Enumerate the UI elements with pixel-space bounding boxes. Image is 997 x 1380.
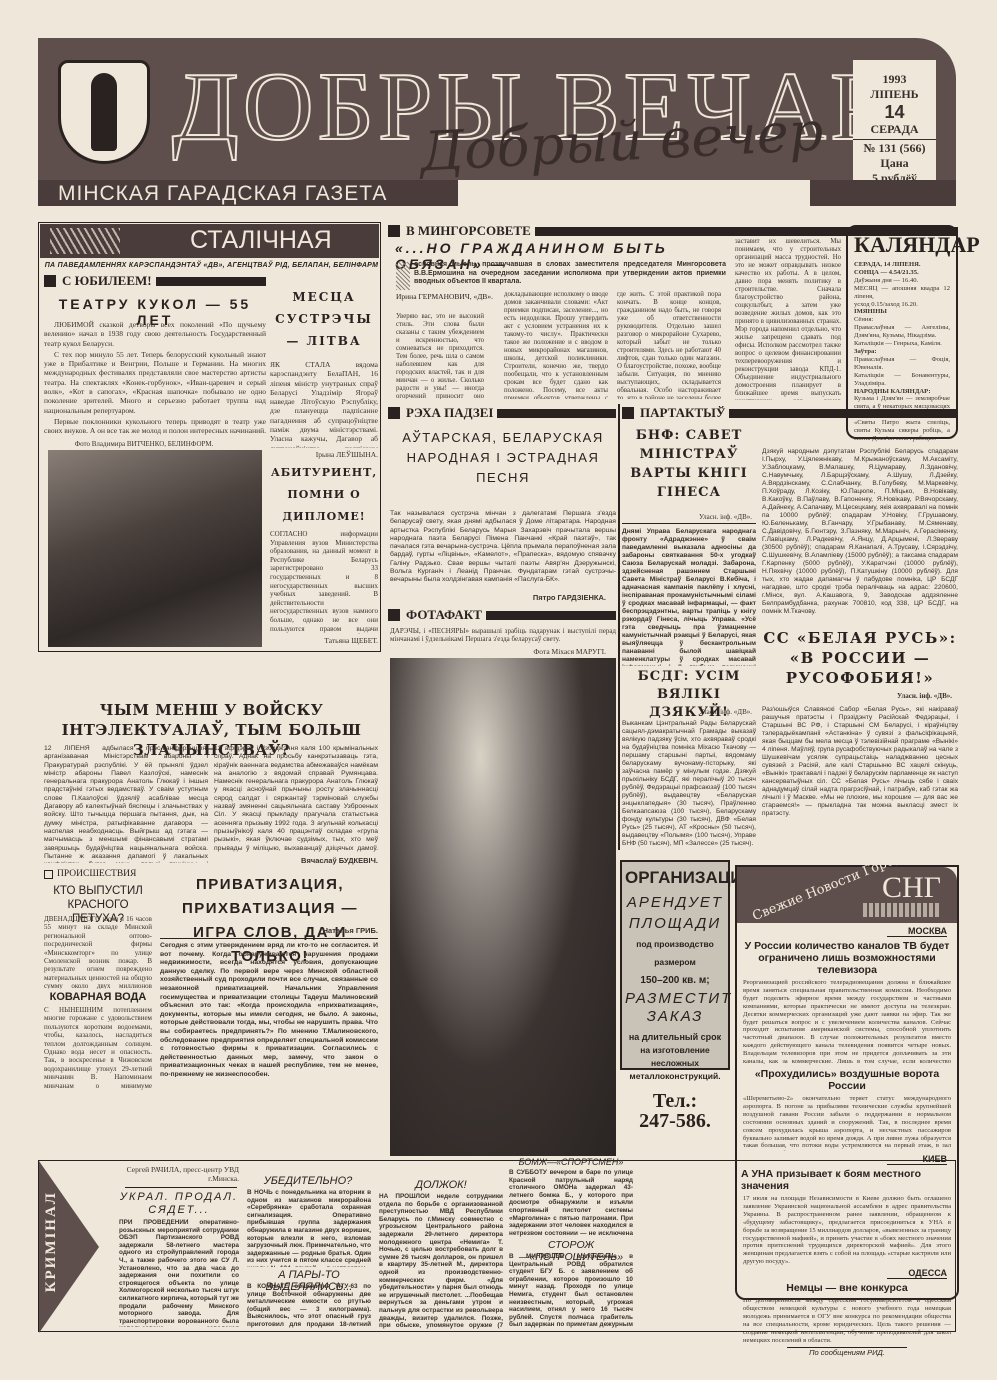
ad-line: размером [625, 956, 725, 969]
section-jubilee: С ЮБИЛЕЕМ! [44, 272, 266, 290]
privatization-author: Наталья ГРИБ. [160, 926, 378, 935]
section-bar [486, 611, 616, 620]
column-rule [618, 404, 620, 850]
issue-number: № 131 (566) [853, 139, 936, 156]
crime-story-text: В НОЧЬ с понедельника на вторник в одном… [247, 1189, 371, 1267]
mingorsovet-author: Ирина ГЕРМАНОВИЧ, «ДВ». [396, 292, 496, 301]
crime-story-headline: УБЕДИТЕЛЬНО? [247, 1175, 369, 1187]
fotafakt-text: ДАРЭЧЫ, і «ПЕСНЯРЫ» вырашылі зрабіць пад… [390, 627, 616, 644]
divider [160, 938, 378, 939]
crime-story-headline: ДОЛЖОК! [379, 1179, 503, 1191]
section-square-icon [622, 407, 634, 419]
issue-weekday: СЕРАДА [853, 122, 936, 137]
bnf-article: Днямі Управа Беларускага народнага фронт… [622, 528, 756, 666]
calendar-line: Праваслаўныя — Ангеліны, Дзям'яна, Кузьм… [854, 324, 950, 340]
section-square-icon [388, 407, 400, 419]
bsdg-source: Уласн. інф. «ДВ». [622, 708, 752, 716]
paragraph: Первые поклонники кукольного теперь прив… [44, 417, 266, 438]
issue-day: 14 [853, 102, 936, 122]
reha-author: Пятро ГАРДЗІЕНКА. [390, 593, 606, 602]
section-label: В МИНГОРСОВЕТЕ [406, 223, 531, 239]
ad-phone-label: Тел.: [625, 1091, 725, 1111]
calendar-line: ІМЯНІНЫ [854, 308, 950, 316]
puppet-theatre-photo [48, 450, 262, 647]
divider [125, 1187, 237, 1188]
divider [622, 523, 756, 524]
section-label: ПРОИСШЕСТВИЯ [57, 869, 136, 879]
issue-date-box: 1993 ЛІПЕНЬ 14 СЕРАДА № 131 (566) Цана 5… [853, 60, 936, 183]
crime-story-text: НА ПРОШЛОЙ неделе сотрудники отдела по б… [379, 1193, 503, 1329]
ad-line: ПЛОЩАДИ [625, 915, 725, 933]
calendar-line: Каталіцкія — Генрыха, Каміля. [854, 340, 950, 348]
crime-label: КРИМІНАЛ [43, 1191, 60, 1292]
chronicle-sources: ПА ПАВЕДАМЛЕННЯХ КАРЭСПАНДЭНТАЎ «ДВ», АГ… [44, 262, 379, 269]
newspaper-subtitle: МІНСКАЯ ГАРАДСКАЯ ГАЗЕТА [38, 180, 458, 206]
section-bar [156, 277, 266, 286]
calendar-line: МЕСЯЦ — апошняя квадра 12 ліпеня, [854, 285, 950, 301]
lithuania-headline: МЕСЦА СУСТРЭЧЫ — ЛІТВА [270, 286, 378, 352]
diploma-headline: АБИТУРИЕНТ, ПОМНИ О ДИПЛОМЕ! [270, 462, 378, 528]
bsdg-article: Выканкам Цэнтральнай Рады Беларускай сац… [622, 720, 756, 852]
ad-line: ОРГАНИЗАЦИЯ [625, 868, 725, 888]
calendar-line: Каталіцкія — Бонавентуры, Уладзіміра. [854, 372, 950, 388]
sng-title: СНГ [882, 871, 941, 905]
news-headline: «Прохудились» воздушные ворота России [741, 1068, 953, 1092]
belaya-rus-article: Раз'юшыўся Славянскі Сабор «Белая Русь»,… [762, 706, 958, 854]
crime-section: КРИМІНАЛ Сергей РАЧИЛА, пресс-центр УВД … [38, 1160, 956, 1332]
water-article: С НЫНЕШНИМ потеплением многие горожане с… [44, 1006, 152, 1090]
city-label: МОСКВА [887, 923, 947, 937]
minsk-coat-of-arms-icon [58, 60, 150, 164]
calendar-line: Заўтра: [854, 348, 950, 356]
belaya-rus-headline: СС «БЕЛАЯ РУСЬ»: «В РОССИИ — РУСОФОБИЯ!» [762, 628, 958, 688]
mingorsovet-col3: где жить. С этой практикой пора кончать.… [617, 291, 721, 399]
ad-line: под производство [625, 938, 725, 951]
calendar-line: Даўжыня дня — 16.40. [854, 277, 950, 285]
section-bar [497, 409, 616, 418]
photo-credit: Фото Владимира ВИТЧЕНКО, БЕЛИНФОРМ. [44, 440, 244, 448]
belaya-rus-source: Уласн. інф. «ДВ». [762, 692, 952, 700]
lithuania-author: Ірына ЛЕЎШЫНА. [270, 450, 378, 459]
crime-byline: Сергей РАЧИЛА, пресс-центр УВД г.Минска. [119, 1165, 239, 1183]
sng-header: Свежие Новости Городов СНГ [737, 867, 957, 923]
crime-story-text: В МИНУВШЕЕ воскресенье в Центральный РОВ… [509, 1253, 633, 1329]
ad-line: АРЕНДУЕТ [625, 894, 725, 912]
calendar-line: СОНЦА — 4.54/21.35. [854, 269, 950, 277]
mingorsovet-col1: Уверяю вас, это не высокий стиль. Эти сл… [396, 313, 484, 399]
reha-headline: АЎТАРСКАЯ, БЕЛАРУСКАЯ НАРОДНАЯ І ЭСТРАДН… [390, 428, 616, 488]
mingorsovet-lead: основная мысль, прозвучавшая в словах за… [414, 261, 726, 287]
skyline-icon [863, 903, 941, 917]
section-reha-padzei: РЭХА ПАДЗЕІ [388, 404, 616, 422]
section-square-icon [388, 609, 400, 621]
bnf-source: Уласн. інф. «ДВ». [622, 513, 752, 521]
bnf-headline: БНФ: САВЕТ МІНІСТРАЎ ВАРТЫ КНІГІ ГІНЕСА [622, 426, 756, 502]
news-text: «Шереметьево-2» окончательно теряет стат… [743, 1095, 951, 1151]
mingorsovet-col2: докладывающие исполкому о вводе домов за… [504, 291, 608, 399]
incidents-article: ДВЕНАДЦАТОГО июля в 16 часов 55 минут на… [44, 915, 152, 989]
calendar-line: усход 0.15/заход 16.20. [854, 301, 950, 309]
calendar-line: СЕРАДА, 14 ЛІПЕНЯ. [854, 261, 950, 269]
ad-phone-number: 247-586. [625, 1111, 725, 1131]
ad-line: на длительный срок [625, 1031, 725, 1044]
price-label: Цана [853, 156, 936, 171]
section-label: ПАРТАКТЫЎ [640, 405, 725, 421]
crime-story-text: ПРИ ПРОВЕДЕНИИ оперативно-розыскных меро… [119, 1219, 239, 1327]
section-fotafakt: ФОТАФАКТ [388, 606, 616, 624]
crime-story-text: В КОМНАТЕ общежития ПТУ-63 по улице Вост… [247, 1283, 371, 1329]
ad-line: несложных [625, 1057, 725, 1070]
section-label: С ЮБИЛЕЕМ! [62, 273, 152, 289]
mingorsovet-col4: заставит их шевелиться. Мы понимаем, что… [735, 238, 841, 400]
crime-story-text: В СУББОТУ вечером в баре по улице Красно… [509, 1169, 633, 1237]
news-headline: У России количество каналов ТВ будет огр… [741, 940, 953, 976]
chronicle-header: СТАЛІЧНАЯ ХРОНІКА [40, 224, 379, 258]
ad-line: РАЗМЕСТИТ [625, 990, 725, 1008]
bsdg-donors-article: Дзякуй народным дэпутатам Рэспублікі Бел… [762, 448, 958, 624]
paragraph: ЛЮБИМОЙ сказкой детворы всех поколений «… [44, 320, 266, 348]
calendar-line: «Святы Патро жыта спеліць, святы Кузьма … [854, 419, 950, 443]
ad-line: 150–200 кв. м; [625, 974, 725, 987]
section-bar [729, 409, 958, 418]
section-partaktyu: ПАРТАКТЫЎ [622, 404, 958, 422]
ad-line: на изготовление [625, 1044, 725, 1057]
reha-article: Так называлася сустрэча мінчан з далегат… [390, 510, 616, 592]
army-article-col1: 12 ЛІПЕНЯ адбылася прэс-канферэнцыя, арг… [44, 745, 208, 863]
issue-month: ЛІПЕНЬ [853, 87, 936, 102]
calendar-title: КАЛЯНДАР [854, 233, 950, 257]
paragraph: С тех пор минуло 55 лет. Теперь белорусс… [44, 350, 266, 415]
calendar-line: Сёння: [854, 316, 950, 324]
sng-footer: По сообщениям РИД. [787, 1347, 907, 1357]
ad-line: ЗАКАЗ [625, 1008, 725, 1026]
pesniary-concert-photo [390, 658, 616, 1156]
crime-story-headline: БОМЖ—«СПОРТСМЕН» [509, 1157, 633, 1167]
section-square-icon [388, 225, 400, 237]
section-incidents: ПРОИСШЕСТВИЯ [44, 869, 152, 879]
lanterns-icon [50, 228, 120, 254]
diploma-article: СОГЛАСНО информации Управления вузов Мин… [270, 530, 378, 634]
rental-advertisement: ОРГАНИЗАЦИЯ АРЕНДУЕТ ПЛОЩАДИ под произво… [620, 860, 730, 1070]
army-article-col2: 12 афіцэраў і ўзбуджэння каля 100 крымін… [214, 745, 378, 853]
army-author: Вячаслаў БУДКЕВІЧ. [214, 856, 378, 865]
masthead-subtitle-bar [810, 180, 956, 206]
jubilee-article: ЛЮБИМОЙ сказкой детворы всех поколений «… [44, 320, 266, 438]
fotafakt-credit: Фота Міхася МАРУГІ. [390, 647, 606, 656]
ad-line: металлоконструкций. [625, 1070, 725, 1083]
crime-story-headline: УКРАЛ. ПРОДАЛ. СЯДЕТ... [119, 1191, 239, 1217]
diploma-author: Татьяна ЩЕБЕТ. [270, 636, 378, 645]
issue-year: 1993 [853, 72, 936, 87]
lithuania-article: ЯК СТАЛА вядома карэспандэнту БелаПАН, 1… [270, 360, 378, 448]
privatization-article: Сегодня с этим утверждением вряд ли кто-… [160, 942, 378, 1077]
water-headline: КОВАРНАЯ ВОДА [44, 991, 152, 1003]
news-text: Реорганизацией российского телерадиовеща… [743, 979, 951, 1065]
section-label: ФОТАФАКТ [406, 607, 482, 623]
checkbox-square-icon [44, 870, 53, 879]
calendar-line: Праваслаўныя — Фоція, Ювеналія. [854, 356, 950, 372]
section-label: РЭХА ПАДЗЕІ [406, 405, 493, 421]
calendar-line: НАРОДНЫ КАЛЯНДАР: [854, 388, 950, 396]
lead-pattern [396, 262, 410, 290]
section-square-icon [44, 275, 56, 287]
